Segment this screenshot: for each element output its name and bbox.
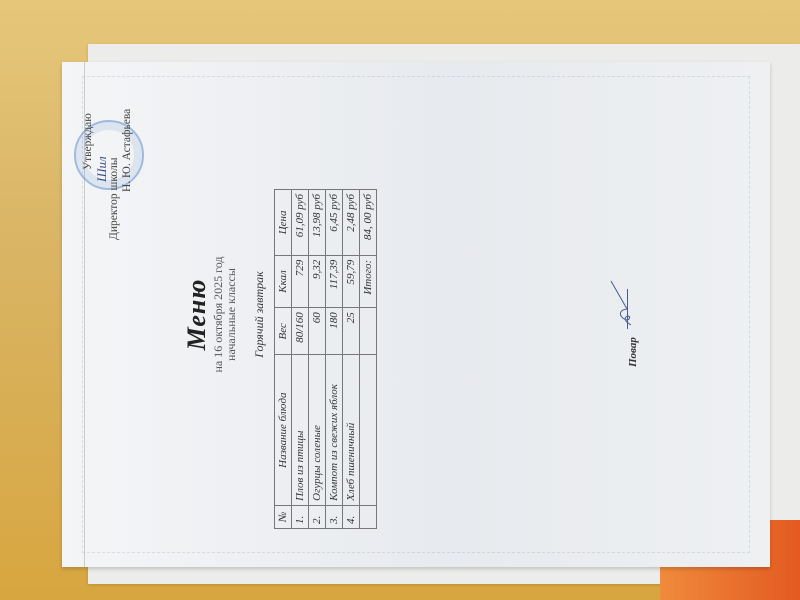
group-line: начальные классы	[225, 62, 238, 567]
total-label: Итого:	[360, 255, 377, 307]
dish-name: Компот из свежих яблок	[326, 355, 343, 505]
approval-block: Утверждаю Шил Директор школы Н. Ю. Астаф…	[82, 90, 134, 240]
dish-weight: 60	[309, 308, 326, 355]
dish-weight: 180	[326, 308, 343, 355]
school-stamp-icon	[74, 120, 144, 190]
table-row: 3. Компот из свежих яблок 180 117,39 6,4…	[326, 190, 343, 529]
dish-price: 61,09 руб	[292, 190, 309, 256]
cook-signature-icon	[607, 277, 637, 327]
dish-price: 6,45 руб	[326, 190, 343, 256]
total-row: Итого: 84, 00 руб	[360, 190, 377, 529]
row-number: 4.	[343, 505, 360, 528]
table-header-row: № Название блюда Вес Ккал Цена	[275, 190, 292, 529]
header-number: №	[275, 505, 292, 528]
total-value: 84, 00 руб	[360, 190, 377, 256]
dish-weight: 80/160	[292, 308, 309, 355]
date-line: на 16 октября 2025 год	[212, 62, 225, 567]
approval-position: Директор школы	[108, 90, 121, 240]
dish-weight: 25	[343, 308, 360, 355]
header-dish: Название блюда	[275, 355, 292, 505]
row-number: 1.	[292, 505, 309, 528]
dish-kcal: 59,79	[343, 255, 360, 307]
table-row: 1. Плов из птицы 80/160 729 61,09 руб	[292, 190, 309, 529]
meal-heading: Горячий завтрак	[252, 62, 267, 567]
dish-kcal: 9,32	[309, 255, 326, 307]
rotated-page: Утверждаю Шил Директор школы Н. Ю. Астаф…	[62, 62, 770, 567]
dish-name: Плов из птицы	[292, 355, 309, 505]
menu-sheet: Утверждаю Шил Директор школы Н. Ю. Астаф…	[62, 62, 770, 567]
dish-price: 13,98 руб	[309, 190, 326, 256]
approval-title: Утверждаю	[82, 90, 95, 240]
menu-table: № Название блюда Вес Ккал Цена 1. Плов и…	[274, 189, 377, 529]
dish-name: Огурцы соленые	[309, 355, 326, 505]
row-number: 3.	[326, 505, 343, 528]
dish-price: 2,48 руб	[343, 190, 360, 256]
dish-name: Хлеб пшеничный	[343, 355, 360, 505]
dish-kcal: 729	[292, 255, 309, 307]
header-kcal: Ккал	[275, 255, 292, 307]
margin-line	[84, 62, 85, 567]
table-row: 4. Хлеб пшеничный 25 59,79 2,48 руб	[343, 190, 360, 529]
approval-name: Н. Ю. Астафьева	[121, 90, 134, 240]
page-title: Меню	[182, 62, 212, 567]
cook-label: Повар	[627, 337, 639, 367]
cook-signature-line	[627, 289, 628, 329]
header-price: Цена	[275, 190, 292, 256]
director-signature: Шил	[95, 90, 108, 240]
title-block: Меню на 16 октября 2025 год начальные кл…	[182, 62, 267, 567]
header-weight: Вес	[275, 308, 292, 355]
row-number: 2.	[309, 505, 326, 528]
dish-kcal: 117,39	[326, 255, 343, 307]
table-row: 2. Огурцы соленые 60 9,32 13,98 руб	[309, 190, 326, 529]
